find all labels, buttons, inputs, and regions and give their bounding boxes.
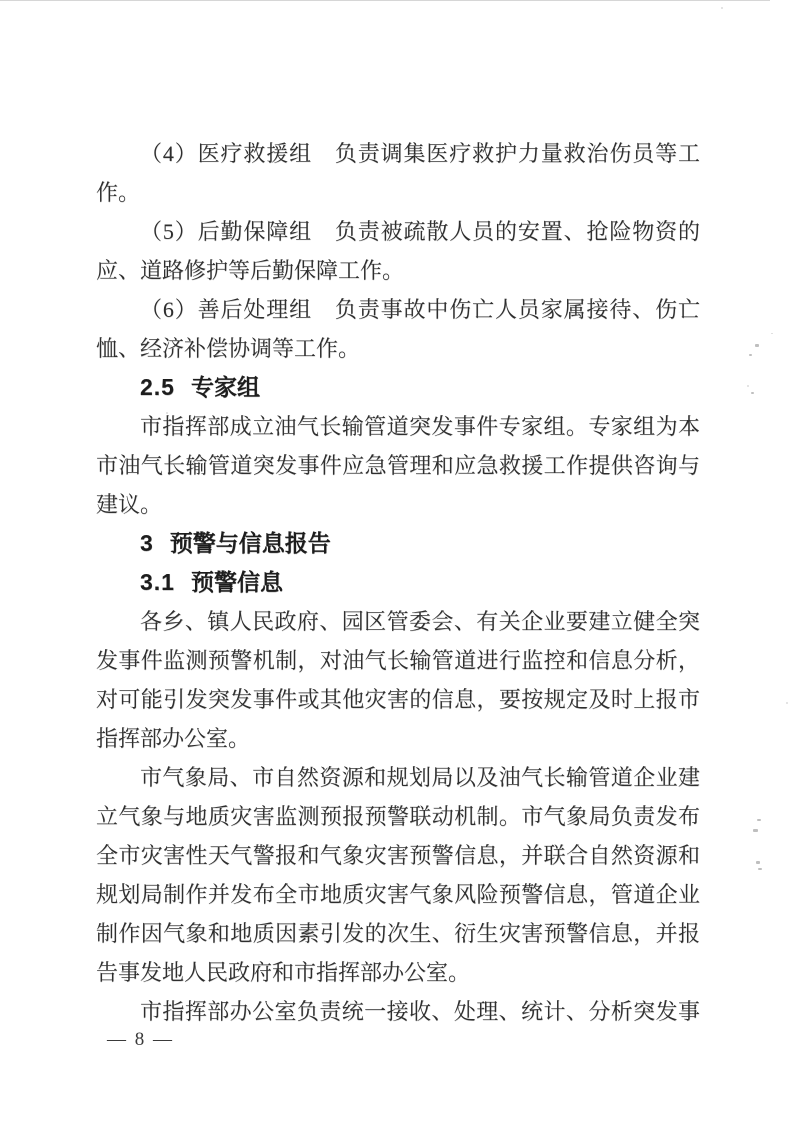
text-line: 对可能引发突发事件或其他灾害的信息，要按规定及时上报市 [96, 680, 700, 719]
text-line: 应、道路修护等后勤保障工作。 [96, 251, 700, 290]
section-heading-3-1: 3.1预警信息 [96, 563, 700, 602]
scan-speck [747, 385, 749, 387]
section-heading-2-5: 2.5专家组 [96, 368, 700, 407]
page-number-label: — 8 — [107, 1029, 174, 1050]
text-line: 制作因气象和地质因素引发的次生、衍生灾害预警信息，并报 [96, 914, 700, 953]
scan-speck [758, 868, 762, 870]
heading-number: 3.1 [140, 569, 175, 595]
scan-speck [757, 819, 761, 821]
heading-number: 3 [140, 530, 154, 556]
paragraph: 各乡、镇人民政府、园区管委会、有关企业要建立健全突发事件监测预警机制，对油气长输… [96, 602, 700, 758]
text-line: 市指挥部成立油气长输管道突发事件专家组。专家组为本 [96, 407, 700, 446]
document-content: （4）医疗救援组 负责调集医疗救护力量救治伤员等工作。（5）后勤保障组 负责被疏… [96, 134, 700, 1031]
text-line: 恤、经济补偿协调等工作。 [96, 329, 700, 368]
scan-speck [749, 354, 752, 356]
text-line: 作。 [96, 173, 700, 212]
text-line: 市气象局、市自然资源和规划局以及油气长输管道企业建 [96, 758, 700, 797]
text-line: 指挥部办公室。 [96, 719, 700, 758]
text-line: 市油气长输管道突发事件应急管理和应急救援工作提供咨询与 [96, 446, 700, 485]
paragraph: （5）后勤保障组 负责被疏散人员的安置、抢险物资的供应、道路修护等后勤保障工作。 [96, 212, 700, 290]
heading-title: 预警信息 [191, 569, 283, 595]
scan-speck [753, 829, 758, 832]
text-line: （4）医疗救援组 负责调集医疗救护力量救治伤员等工 [96, 134, 700, 173]
scan-speck [755, 344, 759, 347]
text-line: 全市灾害性天气警报和气象灾害预警信息，并联合自然资源和 [96, 836, 700, 875]
paragraph: 市气象局、市自然资源和规划局以及油气长输管道企业建立气象与地质灾害监测预报预警联… [96, 758, 700, 992]
text-line: 发事件监测预警机制，对油气长输管道进行监控和信息分析， [96, 641, 700, 680]
paragraph: （6）善后处理组 负责事故中伤亡人员家属接待、伤亡抚恤、经济补偿协调等工作。 [96, 290, 700, 368]
text-line: 市指挥部办公室负责统一接收、处理、统计、分析突发事 [96, 992, 700, 1031]
page-number: — 8 — [107, 1027, 174, 1053]
paragraph: 市指挥部成立油气长输管道突发事件专家组。专家组为本市油气长输管道突发事件应急管理… [96, 407, 700, 524]
scan-speck [771, 333, 773, 334]
scan-speck [756, 861, 760, 864]
document-page: （4）医疗救援组 负责调集医疗救护力量救治伤员等工作。（5）后勤保障组 负责被疏… [0, 0, 794, 1122]
scan-speck [166, 412, 168, 414]
section-heading-3: 3预警与信息报告 [96, 524, 700, 563]
heading-number: 2.5 [140, 374, 175, 400]
paragraph: （4）医疗救援组 负责调集医疗救护力量救治伤员等工作。 [96, 134, 700, 212]
heading-title: 预警与信息报告 [170, 530, 331, 556]
text-line: 各乡、镇人民政府、园区管委会、有关企业要建立健全突 [96, 602, 700, 641]
scan-speck [786, 702, 788, 704]
text-line: （5）后勤保障组 负责被疏散人员的安置、抢险物资的供 [96, 212, 700, 251]
scan-speck [721, 7, 723, 9]
text-line: 告事发地人民政府和市指挥部办公室。 [96, 953, 700, 992]
text-line: 立气象与地质灾害监测预报预警联动机制。市气象局负责发布 [96, 797, 700, 836]
scan-speck [751, 392, 754, 394]
paragraph: 市指挥部办公室负责统一接收、处理、统计、分析突发事 [96, 992, 700, 1031]
heading-title: 专家组 [191, 374, 260, 400]
text-line: 规划局制作并发布全市地质灾害气象风险预警信息，管道企业 [96, 875, 700, 914]
scan-edge-line [0, 0, 770, 1]
text-line: 建议。 [96, 485, 700, 524]
text-line: （6）善后处理组 负责事故中伤亡人员家属接待、伤亡抚 [96, 290, 700, 329]
